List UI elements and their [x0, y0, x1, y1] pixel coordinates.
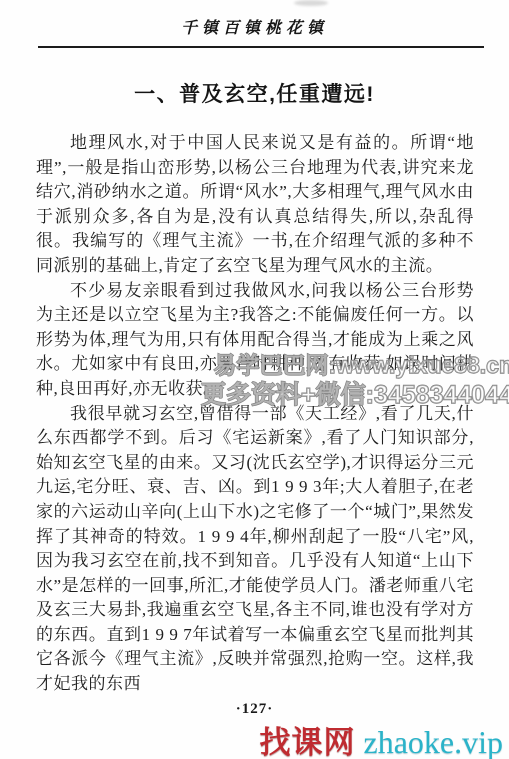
paragraph-1: 地理风水,对于中国人民来说又是有益的。所谓“地理”,一般是指山峦形势,以杨公三台…: [36, 131, 474, 279]
header-divider-rule: [38, 46, 484, 48]
watermark-zhaoke-url: zhaoke.vip: [364, 724, 504, 759]
paragraph-2: 不少易友亲眼看到过我做风水,问我以杨公三台形势为主还是以立空飞星为主?我答之:不…: [36, 279, 474, 402]
running-head-book-title: 千镇百镇桃花镇: [0, 15, 509, 38]
watermark-zhaoke-name: 找课网: [260, 717, 356, 759]
chapter-section-heading: 一、普及玄空,任重遭远!: [0, 78, 509, 108]
body-text-block: 地理风水,对于中国人民来说又是有益的。所谓“地理”,一般是指山峦形势,以杨公三台…: [36, 131, 474, 697]
scan-artifact-smudge: [294, 0, 328, 6]
watermark-zhaoke: 找课网 zhaoke.vip: [260, 717, 504, 759]
scanned-book-page: 千镇百镇桃花镇 一、普及玄空,任重遭远! 地理风水,对于中国人民来说又是有益的。…: [0, 0, 509, 759]
page-number: ·127·: [0, 701, 509, 718]
paragraph-3: 我很早就习玄空,曾借得一部《天工经》,看了几天,什么东西都学不到。后习《宅运新案…: [36, 402, 474, 697]
